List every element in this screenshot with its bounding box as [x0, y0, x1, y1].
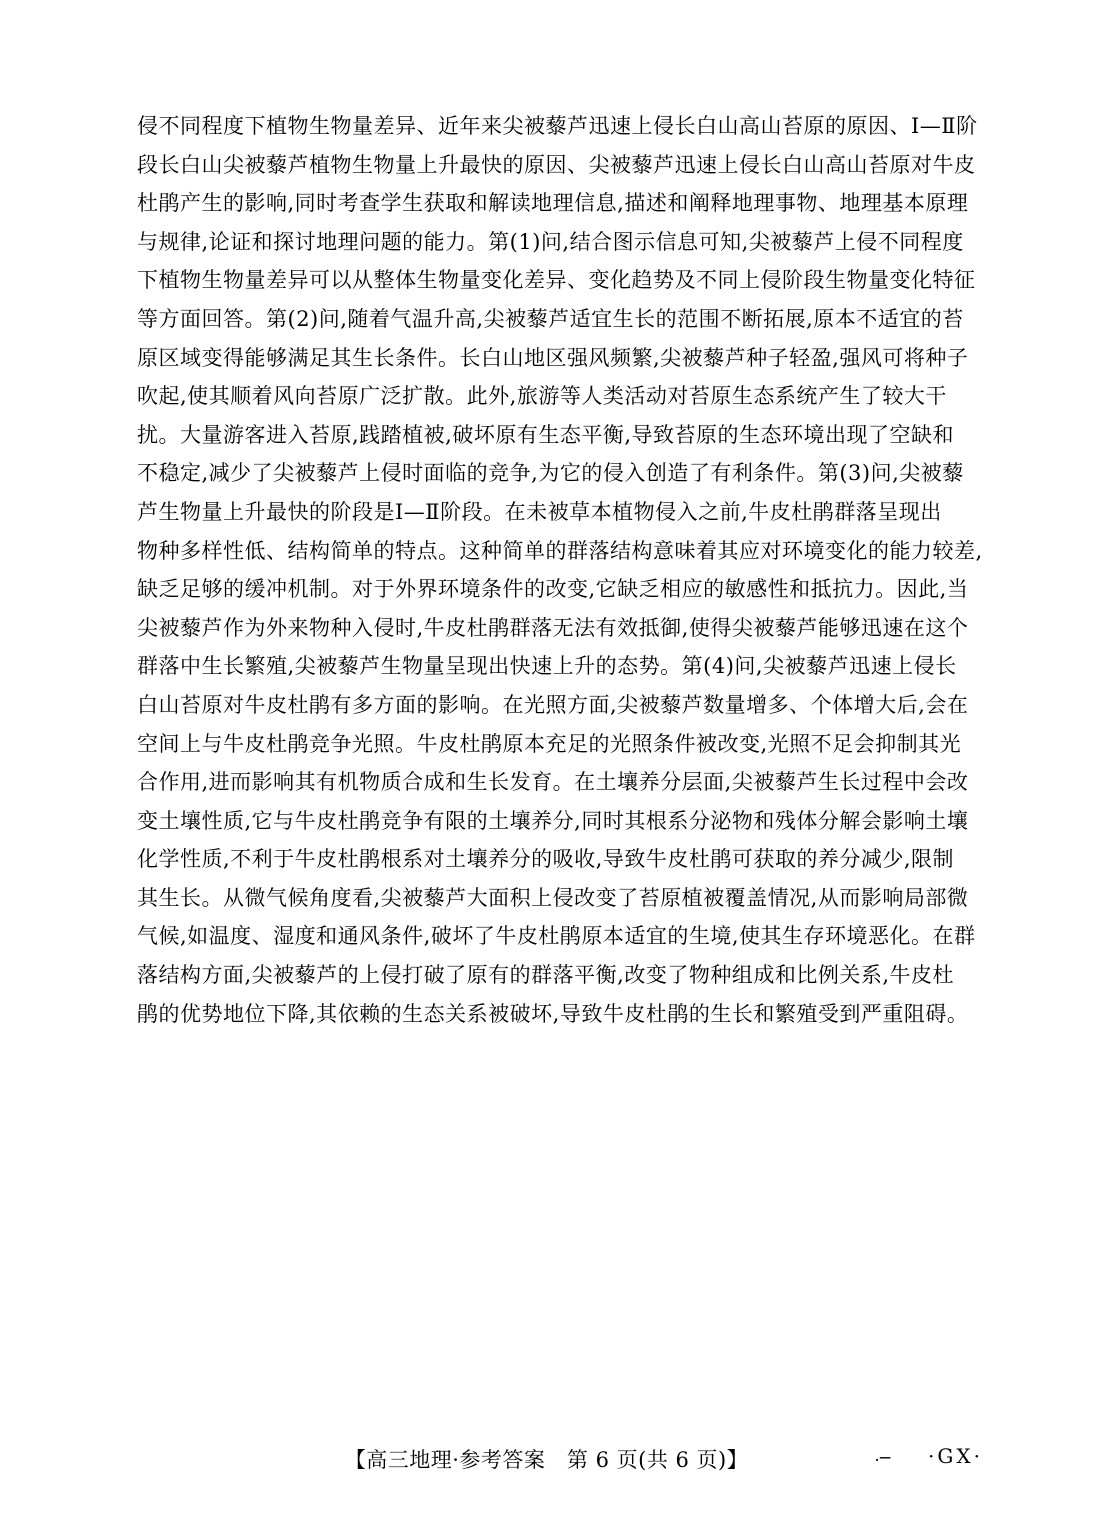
paragraph-line: 原区域变得能够满足其生长条件。长白山地区强风频繁,尖被藜芦种子轻盈,强风可将种子 [137, 339, 985, 378]
paragraph-line: 扰。大量游客进入苔原,践踏植被,破坏原有生态平衡,导致苔原的生态环境出现了空缺和 [137, 416, 985, 455]
paragraph-line: 吹起,使其顺着风向苔原广泛扩散。此外,旅游等人类活动对苔原生态系统产生了较大干 [137, 377, 985, 416]
paragraph-line: 其生长。从微气候角度看,尖被藜芦大面积上侵改变了苔原植被覆盖情况,从而影响局部微 [137, 879, 985, 918]
paragraph-line: 群落中生长繁殖,尖被藜芦生物量呈现出快速上升的态势。第(4)问,尖被藜芦迅速上侵… [137, 647, 985, 686]
paragraph-line: 等方面回答。第(2)问,随着气温升高,尖被藜芦适宜生长的范围不断拓展,原本不适宜… [137, 300, 985, 339]
paragraph-line: 段长白山尖被藜芦植物生物量上升最快的原因、尖被藜芦迅速上侵长白山高山苔原对牛皮 [137, 146, 985, 185]
paragraph-line: 芦生物量上升最快的阶段是Ⅰ—Ⅱ阶段。在未被草本植物侵入之前,牛皮杜鹃群落呈现出 [137, 493, 985, 532]
paragraph-line: 落结构方面,尖被藜芦的上侵打破了原有的群落平衡,改变了物种组成和比例关系,牛皮杜 [137, 956, 985, 995]
paragraph-line: 气候,如温度、湿度和通风条件,破坏了牛皮杜鹃原本适宜的生境,使其生存环境恶化。在… [137, 917, 985, 956]
footer-print-mark: .— [875, 1450, 891, 1464]
paragraph-line: 鹃的优势地位下降,其依赖的生态关系被破坏,导致牛皮杜鹃的生长和繁殖受到严重阻碍。 [137, 995, 985, 1034]
paragraph-line: 物种多样性低、结构简单的特点。这种简单的群落结构意味着其应对环境变化的能力较差, [137, 532, 985, 571]
paragraph-line: 白山苔原对牛皮杜鹃有多方面的影响。在光照方面,尖被藜芦数量增多、个体增大后,会在 [137, 686, 985, 725]
paragraph-line: 杜鹃产生的影响,同时考查学生获取和解读地理信息,描述和阐释地理事物、地理基本原理 [137, 184, 985, 223]
paragraph-line: 侵不同程度下植物生物量差异、近年来尖被藜芦迅速上侵长白山高山苔原的原因、Ⅰ—Ⅱ阶 [137, 107, 985, 146]
answer-explanation-paragraph: 侵不同程度下植物生物量差异、近年来尖被藜芦迅速上侵长白山高山苔原的原因、Ⅰ—Ⅱ阶… [137, 107, 985, 1033]
paragraph-line: 变土壤性质,它与牛皮杜鹃竞争有限的土壤养分,同时其根系分泌物和残体分解会影响土壤 [137, 802, 985, 841]
paragraph-line: 尖被藜芦作为外来物种入侵时,牛皮杜鹃群落无法有效抵御,使得尖被藜芦能够迅速在这个 [137, 609, 985, 648]
paragraph-line: 化学性质,不利于牛皮杜鹃根系对土壤养分的吸收,导致牛皮杜鹃可获取的养分减少,限制 [137, 840, 985, 879]
document-page: 侵不同程度下植物生物量差异、近年来尖被藜芦迅速上侵长白山高山苔原的原因、Ⅰ—Ⅱ阶… [0, 0, 1093, 1536]
paragraph-line: 下植物生物量差异可以从整体生物量变化差异、变化趋势及不同上侵阶段生物量变化特征 [137, 261, 985, 300]
paragraph-line: 与规律,论证和探讨地理问题的能力。第(1)问,结合图示信息可知,尖被藜芦上侵不同… [137, 223, 985, 262]
paragraph-line: 空间上与牛皮杜鹃竞争光照。牛皮杜鹃原本充足的光照条件被改变,光照不足会抑制其光 [137, 725, 985, 764]
paragraph-line: 合作用,进而影响其有机物质合成和生长发育。在土壤养分层面,尖被藜芦生长过程中会改 [137, 763, 985, 802]
paragraph-line: 不稳定,减少了尖被藜芦上侵时面临的竞争,为它的侵入创造了有利条件。第(3)问,尖… [137, 454, 985, 493]
footer-exam-code: ·GX· [928, 1444, 983, 1468]
paragraph-line: 缺乏足够的缓冲机制。对于外界环境条件的改变,它缺乏相应的敏感性和抵抗力。因此,当 [137, 570, 985, 609]
